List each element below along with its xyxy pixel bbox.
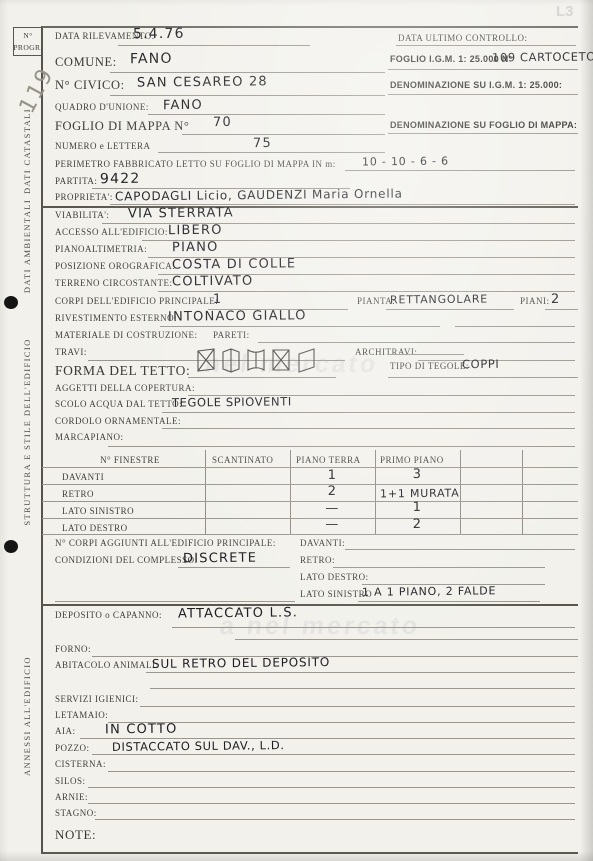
servizi-label: SERVIZI IGIENICI: — [55, 694, 139, 704]
finestre-value: 1 — [290, 468, 375, 484]
ruled-line — [160, 326, 440, 327]
finestre-value: — — [290, 501, 375, 517]
materiale-label: MATERIALE DI COSTRUZIONE: — [55, 330, 198, 340]
aia-value: IN COTTO — [105, 722, 178, 738]
ruled-line — [388, 69, 578, 70]
ruled-line — [146, 672, 575, 673]
ruled-line — [158, 152, 385, 153]
ruled-line — [388, 377, 578, 378]
scan-corner-mark: L3 — [556, 3, 574, 20]
finestre-header: PIANO TERRA — [296, 455, 361, 465]
table-row-line — [42, 534, 578, 535]
pianoaltimetria-label: PIANOALTIMETRIA: — [55, 244, 147, 254]
ruled-line — [455, 326, 575, 327]
data-ultimo-controllo-label: DATA ULTIMO CONTROLLO: — [398, 33, 527, 43]
cisterna-label: CISTERNA: — [55, 759, 106, 769]
finestre-header: N° FINESTRE — [55, 455, 205, 465]
aggiunti-retro-label: RETRO: — [300, 555, 335, 565]
ruled-line — [386, 309, 514, 310]
partita-label: PARTITA: — [55, 176, 97, 186]
aggiunti-davanti-label: DAVANTI: — [300, 538, 345, 548]
punch-hole-icon — [4, 540, 18, 553]
finestre-header: SCANTINATO — [212, 455, 273, 465]
finestre-value: 1+1 MURATA — [380, 487, 460, 501]
rivestimento-label: RIVESTIMENTO ESTERNO: — [55, 313, 177, 323]
tipo-tegole-label: TIPO DI TEGOLE: — [390, 361, 469, 371]
finestre-value: 3 — [375, 467, 460, 483]
abitacolo-label: ABITACOLO ANIMALI: — [55, 660, 159, 670]
piani-label: PIANI: — [520, 296, 550, 306]
aggetti-label: AGGETTI DELLA COPERTURA: — [55, 383, 195, 393]
note-label: NOTE: — [55, 827, 96, 843]
ruled-line — [55, 601, 295, 602]
roof-crossed-2-icon — [270, 346, 292, 374]
terreno-label: TERRENO CIRCOSTANTE: — [55, 278, 173, 288]
pianoaltimetria-value: PIANO — [172, 240, 219, 255]
numero-lettera-value: 75 — [253, 136, 272, 151]
perimetro-label: PERIMETRO FABBRICATO LETTO SU FOGLIO DI … — [55, 159, 336, 169]
ruled-line — [333, 567, 545, 568]
table-column-line — [522, 450, 523, 534]
denominazione-igm-label: DENOMINAZIONE SU I.G.M. 1: 25.000: — [390, 80, 562, 90]
finestre-value: 1 — [375, 500, 460, 516]
form-bottom-border — [42, 852, 578, 854]
ruled-line — [188, 377, 336, 378]
progr-number-box: N° PROGR. — [13, 27, 43, 56]
deposito-label: DEPOSITO o CAPANNO: — [55, 610, 162, 620]
margin-section-dati-ambientali: DATI AMBIENTALI — [22, 199, 32, 293]
data-rilevamento-value: 5.4.76 — [133, 26, 185, 43]
table-column-line — [460, 450, 461, 534]
ruled-line — [108, 771, 575, 772]
scanned-form-page: N° PROGR. 119 DATI CATASTALI DATI AMBIEN… — [0, 0, 593, 861]
quadro-unione-label: QUADRO D'UNIONE: — [55, 102, 149, 112]
ruled-line — [88, 787, 575, 788]
ruled-line — [148, 114, 385, 115]
ruled-line — [345, 549, 575, 550]
ruled-line — [182, 134, 385, 135]
ruled-line — [118, 45, 310, 46]
proprieta-label: PROPRIETA': — [55, 192, 113, 202]
cordolo-label: CORDOLO ORNAMENTALE: — [55, 416, 181, 426]
foglio-mappa-value: 70 — [213, 115, 232, 130]
condizioni-value: DISCRETE — [183, 551, 257, 567]
ruled-line — [110, 204, 575, 205]
finestre-row-label: DAVANTI — [62, 472, 104, 482]
ruled-line — [110, 95, 385, 96]
denominazione-mappa-label: DENOMINAZIONE SU FOGLIO DI MAPPA: — [390, 120, 577, 130]
punch-hole-icon — [4, 296, 18, 309]
ruled-line — [235, 639, 578, 640]
corpi-label: CORPI DELL'EDIFICIO PRINCIPALE: — [55, 296, 218, 306]
ruled-line — [150, 688, 575, 689]
viabilita-label: VIABILITA': — [55, 210, 109, 220]
ruled-line — [178, 567, 290, 568]
forma-tetto-label: FORMA DEL TETTO: — [55, 363, 190, 379]
comune-label: COMUNE: — [55, 55, 117, 70]
condizioni-label: CONDIZIONI DEL COMPLESSO: — [55, 555, 198, 565]
marcapiano-label: MARCAPIANO: — [55, 432, 124, 442]
finestre-row-label: LATO SINISTRO — [62, 506, 134, 516]
finestre-header: PRIMO PIANO — [380, 455, 444, 465]
corpi-value: 1 — [213, 292, 223, 307]
aggiunti-lato-sinistro-value: 1 A 1 PIANO, 2 FALDE — [362, 584, 496, 598]
roof-shed-icon — [295, 346, 317, 374]
roof-crossed-icon — [195, 346, 217, 374]
ruled-line — [108, 722, 575, 723]
foglio-igm-value: 109 CARTOCETO — [492, 49, 593, 64]
margin-section-dati-catastali: DATI CATASTALI — [22, 108, 32, 194]
ruled-line — [162, 412, 575, 413]
finestre-row-label: LATO DESTRO — [62, 523, 128, 533]
civico-label: N° CIVICO: — [55, 78, 125, 93]
section-divider — [42, 206, 578, 208]
ruled-line — [396, 45, 576, 46]
ruled-line — [545, 309, 578, 310]
perimetro-value: 10 - 10 - 6 - 6 — [362, 155, 449, 169]
finestre-value: 2 — [290, 484, 375, 500]
ruled-line — [358, 601, 540, 602]
ruled-line — [258, 342, 575, 343]
rivestimento-value: INTONACO GIALLO — [168, 308, 307, 324]
finestre-value: — — [290, 517, 375, 533]
ruled-line — [95, 819, 575, 820]
posizione-orografica-label: POSIZIONE OROGRAFICA: — [55, 261, 175, 271]
numero-lettera-label: NUMERO e LETTERA — [55, 141, 151, 151]
partita-value: 9422 — [100, 171, 141, 187]
proprieta-value: CAPODAGLI Licio, GAUDENZI Maria Ornella — [115, 186, 403, 203]
margin-section-struttura: STRUTTURA E STILE DELL'EDIFICIO — [22, 338, 32, 525]
margin-section-annessi: ANNESSI ALL'EDIFICIO — [22, 656, 32, 776]
pozzo-label: POZZO: — [55, 743, 90, 753]
accesso-label: ACCESSO ALL'EDIFICIO: — [55, 227, 168, 237]
ruled-line — [140, 706, 575, 707]
ruled-line — [388, 133, 578, 134]
quadro-unione-value: FANO — [163, 98, 203, 113]
pozzo-value: DISTACCATO SUL DAV., L.D. — [112, 738, 285, 754]
abitacolo-value: SUL RETRO DEL DEPOSITO — [152, 655, 330, 671]
aggiunti-lato-destro-label: LATO DESTRO: — [300, 572, 369, 582]
foglio-mappa-label: FOGLIO DI MAPPA N° — [55, 119, 189, 134]
pareti-label: PARETI: — [213, 330, 250, 340]
civico-value: SAN CESAREO 28 — [137, 74, 268, 90]
ruled-line — [345, 170, 575, 171]
ruled-line — [92, 754, 575, 755]
form-top-border — [42, 26, 578, 28]
finestre-value: 2 — [375, 517, 460, 533]
stagno-label: STAGNO: — [55, 808, 97, 818]
finestre-row-label: RETRO — [62, 489, 94, 499]
ruled-line — [162, 428, 575, 429]
ruled-line — [172, 627, 575, 628]
architravi-label: ARCHITRAVI: — [355, 347, 417, 357]
accesso-value: LIBERO — [168, 223, 223, 239]
roof-curved-icon — [245, 346, 267, 374]
silos-label: SILOS: — [55, 776, 86, 786]
comune-value: FANO — [130, 51, 173, 67]
section-divider — [42, 604, 578, 606]
piani-value: 2 — [551, 292, 561, 307]
ruled-line — [108, 446, 575, 447]
roof-shape-icons — [195, 346, 317, 374]
deposito-value: ATTACCATO L.S. — [178, 605, 298, 621]
ruled-line — [88, 803, 575, 804]
terreno-value: COLTIVATO — [172, 274, 254, 290]
table-column-line — [205, 450, 206, 534]
posizione-orografica-value: COSTA DI COLLE — [172, 256, 296, 272]
corpi-aggiunti-label: N° CORPI AGGIUNTI ALL'EDIFICIO PRINCIPAL… — [55, 538, 276, 548]
scolo-acqua-value: TEGOLE SPIOVENTI — [172, 394, 292, 409]
ruled-line — [388, 354, 464, 355]
viabilita-value: VIA STERRATA — [128, 205, 234, 221]
ruled-line — [110, 72, 385, 73]
travi-label: TRAVI: — [55, 347, 87, 357]
aia-label: AIA: — [55, 726, 76, 736]
ruled-line — [388, 94, 578, 95]
arnie-label: ARNIE: — [55, 792, 88, 802]
pianta-value: RETTANGOLARE — [390, 292, 488, 306]
tipo-tegole-value: COPPI — [462, 357, 499, 371]
forno-label: FORNO: — [55, 644, 91, 654]
scolo-acqua-label: SCOLO ACQUA DAL TETTO: — [55, 399, 182, 409]
form-left-border — [41, 26, 43, 854]
letamaio-label: LETAMAIO: — [55, 710, 108, 720]
roof-gable-icon — [220, 346, 242, 374]
